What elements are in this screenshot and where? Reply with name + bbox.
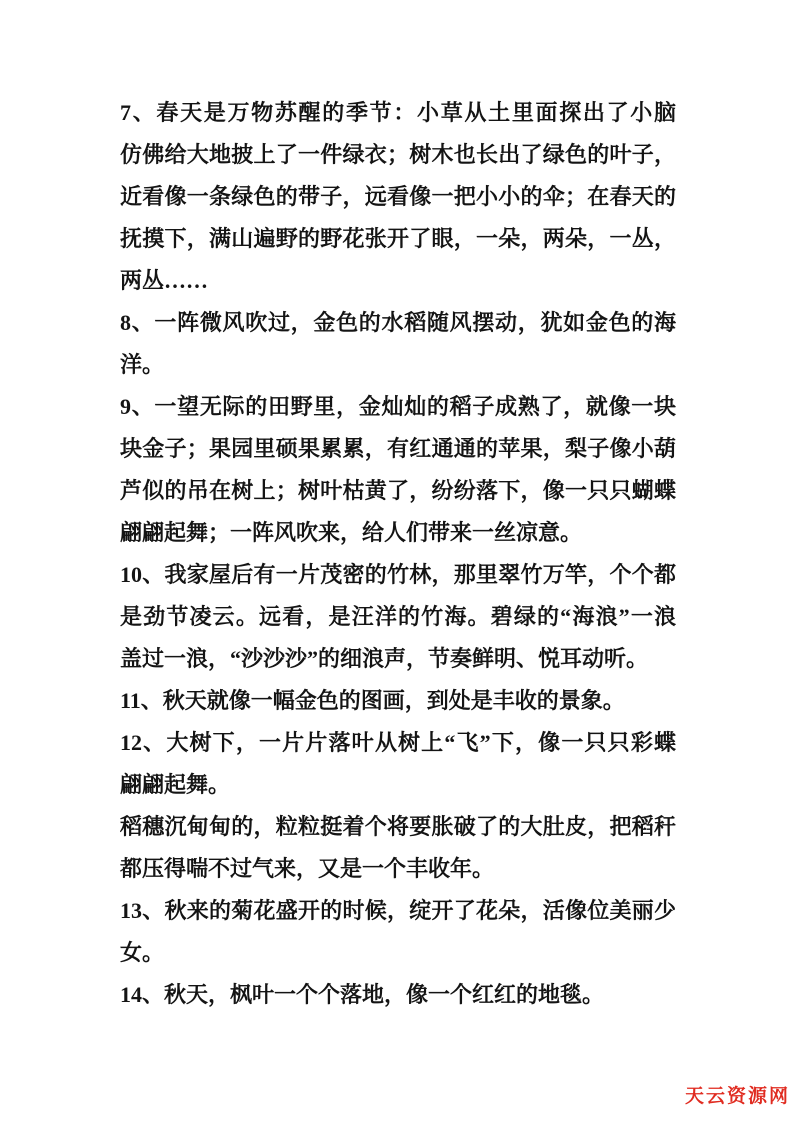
- paragraph-7: 7、春天是万物苏醒的季节：小草从土里面探出了小脑袋， 仿佛给大地披上了一件绿衣；…: [120, 92, 676, 302]
- text-line: 7、春天是万物苏醒的季节：小草从土里面探出了小脑袋，: [120, 92, 676, 134]
- paragraph-unnumbered: 稻穗沉甸甸的，粒粒挺着个将要胀破了的大肚皮，把稻秆 都压得喘不过气来，又是一个丰…: [120, 806, 676, 890]
- text-line: 12、大树下，一片片落叶从树上“飞”下，像一只只彩蝶: [120, 722, 676, 764]
- text-line: 是劲节凌云。远看，是汪洋的竹海。碧绿的“海浪”一浪: [120, 596, 676, 638]
- text-line: 13、秋来的菊花盛开的时候，绽开了花朵，活像位美丽少: [120, 890, 676, 932]
- paragraph-10: 10、我家屋后有一片茂密的竹林，那里翠竹万竿，个个都 是劲节凌云。远看，是汪洋的…: [120, 554, 676, 680]
- text-line: 芦似的吊在树上；树叶枯黄了，纷纷落下，像一只只蝴蝶: [120, 470, 676, 512]
- paragraph-9: 9、一望无际的田野里，金灿灿的稻子成熟了，就像一块 块金子；果园里硕果累累，有红…: [120, 386, 676, 554]
- text-line: 块金子；果园里硕果累累，有红通通的苹果，梨子像小葫: [120, 428, 676, 470]
- document-page: 7、春天是万物苏醒的季节：小草从土里面探出了小脑袋， 仿佛给大地披上了一件绿衣；…: [0, 0, 793, 1122]
- text-line: 14、秋天，枫叶一个个落地，像一个红红的地毯。: [120, 974, 676, 1016]
- paragraph-8: 8、一阵微风吹过，金色的水稻随风摆动，犹如金色的海 洋。: [120, 302, 676, 386]
- document-body: 7、春天是万物苏醒的季节：小草从土里面探出了小脑袋， 仿佛给大地披上了一件绿衣；…: [120, 92, 676, 1016]
- paragraph-12: 12、大树下，一片片落叶从树上“飞”下，像一只只彩蝶 翩翩起舞。: [120, 722, 676, 806]
- text-line: 8、一阵微风吹过，金色的水稻随风摆动，犹如金色的海: [120, 302, 676, 344]
- text-line: 稻穗沉甸甸的，粒粒挺着个将要胀破了的大肚皮，把稻秆: [120, 806, 676, 848]
- text-line: 都压得喘不过气来，又是一个丰收年。: [120, 848, 676, 890]
- text-line: 翩翩起舞；一阵风吹来，给人们带来一丝凉意。: [120, 512, 676, 554]
- text-line: 洋。: [120, 344, 676, 386]
- text-line: 女。: [120, 932, 676, 974]
- text-line: 10、我家屋后有一片茂密的竹林，那里翠竹万竿，个个都: [120, 554, 676, 596]
- watermark: 天云资源网: [685, 1086, 790, 1109]
- text-line: 两丛……: [120, 260, 676, 302]
- paragraph-11: 11、秋天就像一幅金色的图画，到处是丰收的景象。: [120, 680, 676, 722]
- paragraph-13: 13、秋来的菊花盛开的时候，绽开了花朵，活像位美丽少 女。: [120, 890, 676, 974]
- text-line: 翩翩起舞。: [120, 764, 676, 806]
- text-line: 盖过一浪，“沙沙沙”的细浪声，节奏鲜明、悦耳动听。: [120, 638, 676, 680]
- text-line: 仿佛给大地披上了一件绿衣；树木也长出了绿色的叶子，: [120, 134, 676, 176]
- text-line: 近看像一条绿色的带子，远看像一把小小的伞；在春天的: [120, 176, 676, 218]
- text-line: 9、一望无际的田野里，金灿灿的稻子成熟了，就像一块: [120, 386, 676, 428]
- text-line: 抚摸下，满山遍野的野花张开了眼，一朵，两朵，一丛，: [120, 218, 676, 260]
- text-line: 11、秋天就像一幅金色的图画，到处是丰收的景象。: [120, 680, 676, 722]
- paragraph-14: 14、秋天，枫叶一个个落地，像一个红红的地毯。: [120, 974, 676, 1016]
